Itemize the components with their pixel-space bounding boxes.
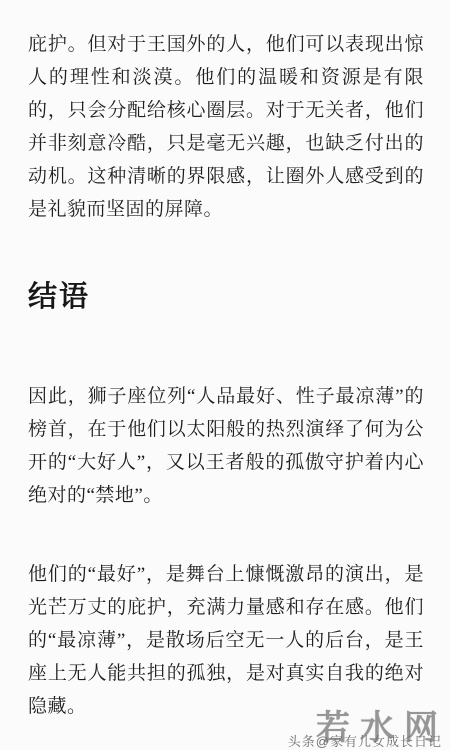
watermark-credit: 头条@家有儿女成长日记: [288, 734, 442, 750]
section-heading-conclusion: 结语: [28, 280, 424, 314]
article-content: 庇护。但对于王国外的人，他们可以表现出惊人的理性和淡漠。他们的温暖和资源是有限的…: [28, 0, 424, 723]
paragraph-conclusion-2: 他们的“最好”，是舞台上慷慨激昂的演出，是光芒万丈的庇护，充满力量感和存在感。他…: [28, 558, 424, 723]
paragraph-conclusion-1: 因此，狮子座位列“人品最好、性子最凉薄”的榜首，在于他们以太阳般的热烈演绎了何为…: [28, 380, 424, 512]
paragraph-intro: 庇护。但对于王国外的人，他们可以表现出惊人的理性和淡漠。他们的温暖和资源是有限的…: [28, 28, 424, 226]
article-page: 庇护。但对于王国外的人，他们可以表现出惊人的理性和淡漠。他们的温暖和资源是有限的…: [0, 0, 450, 750]
